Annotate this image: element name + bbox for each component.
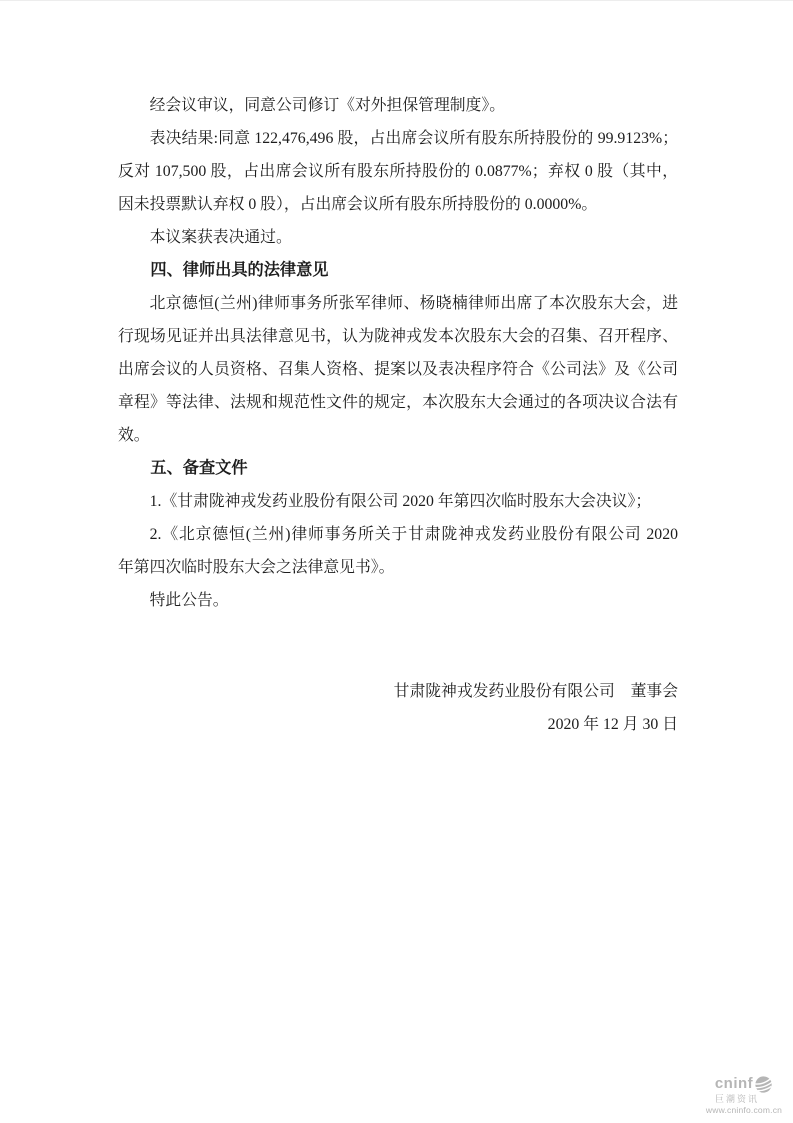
cninfo-watermark: cninf 巨潮资讯 www.cninfo.com.cn	[700, 1075, 788, 1115]
paragraph-line: 行现场见证并出具法律意见书，认为陇神戎发本次股东大会的召集、召开程序、	[118, 320, 678, 353]
section-heading-legal-opinion: 四、律师出具的法律意见	[118, 254, 678, 287]
list-item-document-1: 1.《甘肃陇神戎发药业股份有限公司 2020 年第四次临时股东大会决议》；	[118, 485, 678, 518]
cninfo-url: www.cninfo.com.cn	[700, 1106, 788, 1115]
document-body: 经会议审议，同意公司修订《对外担保管理制度》。 表决结果:同意 122,476,…	[118, 89, 678, 741]
signature-company: 甘肃陇神戎发药业股份有限公司 董事会	[118, 675, 678, 708]
document-page: 经会议审议，同意公司修订《对外担保管理制度》。 表决结果:同意 122,476,…	[0, 0, 793, 1123]
signature-spacer	[118, 617, 678, 675]
paragraph-line: 经会议审议，同意公司修订《对外担保管理制度》。	[118, 89, 678, 122]
cninfo-brand-row: cninf	[700, 1075, 788, 1094]
paragraph-line: 北京德恒(兰州)律师事务所张军律师、杨晓楠律师出席了本次股东大会，进	[118, 287, 678, 320]
paragraph-line: 效。	[118, 419, 678, 452]
list-item-document-2: 2.《北京德恒(兰州)律师事务所关于甘肃陇神戎发药业股份有限公司 2020	[118, 518, 678, 551]
signature-date: 2020 年 12 月 30 日	[118, 708, 678, 741]
paragraph-line: 出席会议的人员资格、召集人资格、提案以及表决程序符合《公司法》及《公司	[118, 353, 678, 386]
paragraph-line: 反对 107,500 股，占出席会议所有股东所持股份的 0.0877%；弃权 0…	[118, 155, 678, 188]
paragraph-line: 章程》等法律、法规和规范性文件的规定，本次股东大会通过的各项决议合法有	[118, 386, 678, 419]
cninfo-swirl-icon	[754, 1075, 773, 1094]
list-item-document-2-continued: 年第四次临时股东大会之法律意见书》。	[118, 551, 678, 584]
cninfo-logo-text: cninf	[715, 1076, 753, 1093]
cninfo-chinese-name: 巨潮资讯	[700, 1095, 774, 1105]
paragraph-line: 本议案获表决通过。	[118, 221, 678, 254]
paragraph-line: 表决结果:同意 122,476,496 股，占出席会议所有股东所持股份的 99.…	[118, 122, 678, 155]
paragraph-line: 因未投票默认弃权 0 股），占出席会议所有股东所持股份的 0.0000%。	[118, 188, 678, 221]
section-heading-reference-documents: 五、备查文件	[118, 452, 678, 485]
closing-statement: 特此公告。	[118, 584, 678, 617]
